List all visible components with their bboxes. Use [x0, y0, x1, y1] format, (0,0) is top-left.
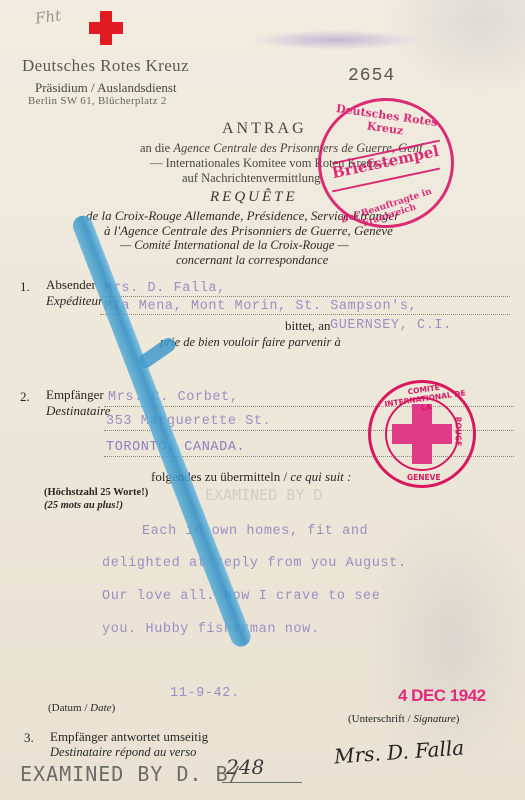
recipient-number: 2. — [20, 389, 30, 405]
word-limit-de: (Höchstzahl 25 Worte!) — [44, 487, 148, 498]
reply-number: 3. — [24, 730, 34, 746]
sender-line-1-rule — [100, 296, 510, 297]
pencil-annotation: Fht — [34, 6, 62, 27]
date-label: (Datum / Date) — [48, 702, 115, 714]
form-number: 2654 — [348, 66, 395, 86]
examined-stamp: EXAMINED BY D. B/ — [20, 762, 242, 786]
address: Berlin SW 61, Blücherplatz 2 — [28, 95, 167, 107]
bittet-de: bittet, an — [285, 318, 331, 334]
bittet-fr: prie de bien vouloir faire parvenir à — [160, 335, 341, 350]
date-value: 11-9-42. — [170, 686, 240, 701]
word-limit-fr: (25 mots au plus!) — [44, 500, 123, 511]
title-requete: REQUÊTE — [210, 189, 298, 206]
title-antrag: ANTRAG — [222, 120, 307, 138]
fr-line-4: concernant la correspondance — [176, 253, 328, 268]
sender-name: Mrs. D. Falla, — [104, 281, 226, 296]
received-date-stamp: 4 DEC 1942 — [398, 686, 486, 706]
reply-label-fr: Destinataire répond au verso — [50, 745, 196, 760]
message-line-1: Each in own homes, fit and — [142, 524, 368, 539]
fr-line-3: — Comité International de la Croix-Rouge… — [120, 238, 349, 253]
icrc-geneva-stamp: COMITÉ INTERNATIONAL DE LA ROUGE GENEVE — [368, 380, 476, 488]
blue-pencil-mark — [70, 213, 254, 650]
red-cross-message-form: Fht Deutsches Rotes Kreuz Präsidium / Au… — [0, 0, 525, 800]
sender-line-2-rule — [100, 314, 510, 315]
message-line-3: Our love all. Now I crave to see — [102, 589, 380, 604]
department: Präsidium / Auslandsdienst — [35, 80, 177, 96]
message-line-4: you. Hubby fisherman now. — [102, 622, 320, 637]
reply-label-de: Empfänger antwortet umseitig — [50, 729, 208, 745]
drk-briefstempel-stamp: Deutsches Rotes Kreuz Briefstempel Der B… — [318, 98, 454, 228]
faint-examined-stamp: EXAMINED BY D — [205, 486, 322, 504]
recipient-name: Mrs. C. Corbet, — [108, 390, 239, 405]
message-line-2: delighted at reply from you August. — [102, 556, 407, 571]
sender-number: 1. — [20, 279, 30, 295]
de-line-3: auf Nachrichtenvermittlung — [182, 171, 321, 186]
recipient-label-de: Empfänger — [46, 387, 104, 403]
recipient-street: 353 Marguerette St. — [106, 414, 271, 429]
faint-violet-stamp — [250, 30, 420, 50]
recipient-label-fr: Destinataire — [46, 403, 111, 419]
org-name: Deutsches Rotes Kreuz — [22, 56, 189, 76]
signature-label: (Unterschrift / Signature) — [348, 713, 459, 725]
sender-label-de: Absender — [46, 277, 96, 293]
sender-label-fr: Expéditeur — [46, 293, 103, 309]
red-cross-logo-icon — [89, 11, 123, 45]
sender-island: GUERNSEY, C.I. — [330, 318, 452, 333]
sender-address: Mia Mena, Mont Morin, St. Sampson's, — [104, 299, 417, 314]
examiner-number: 248 — [226, 755, 264, 779]
sender-signature: Mrs. D. Falla — [333, 735, 465, 768]
examiner-rule — [222, 782, 302, 783]
